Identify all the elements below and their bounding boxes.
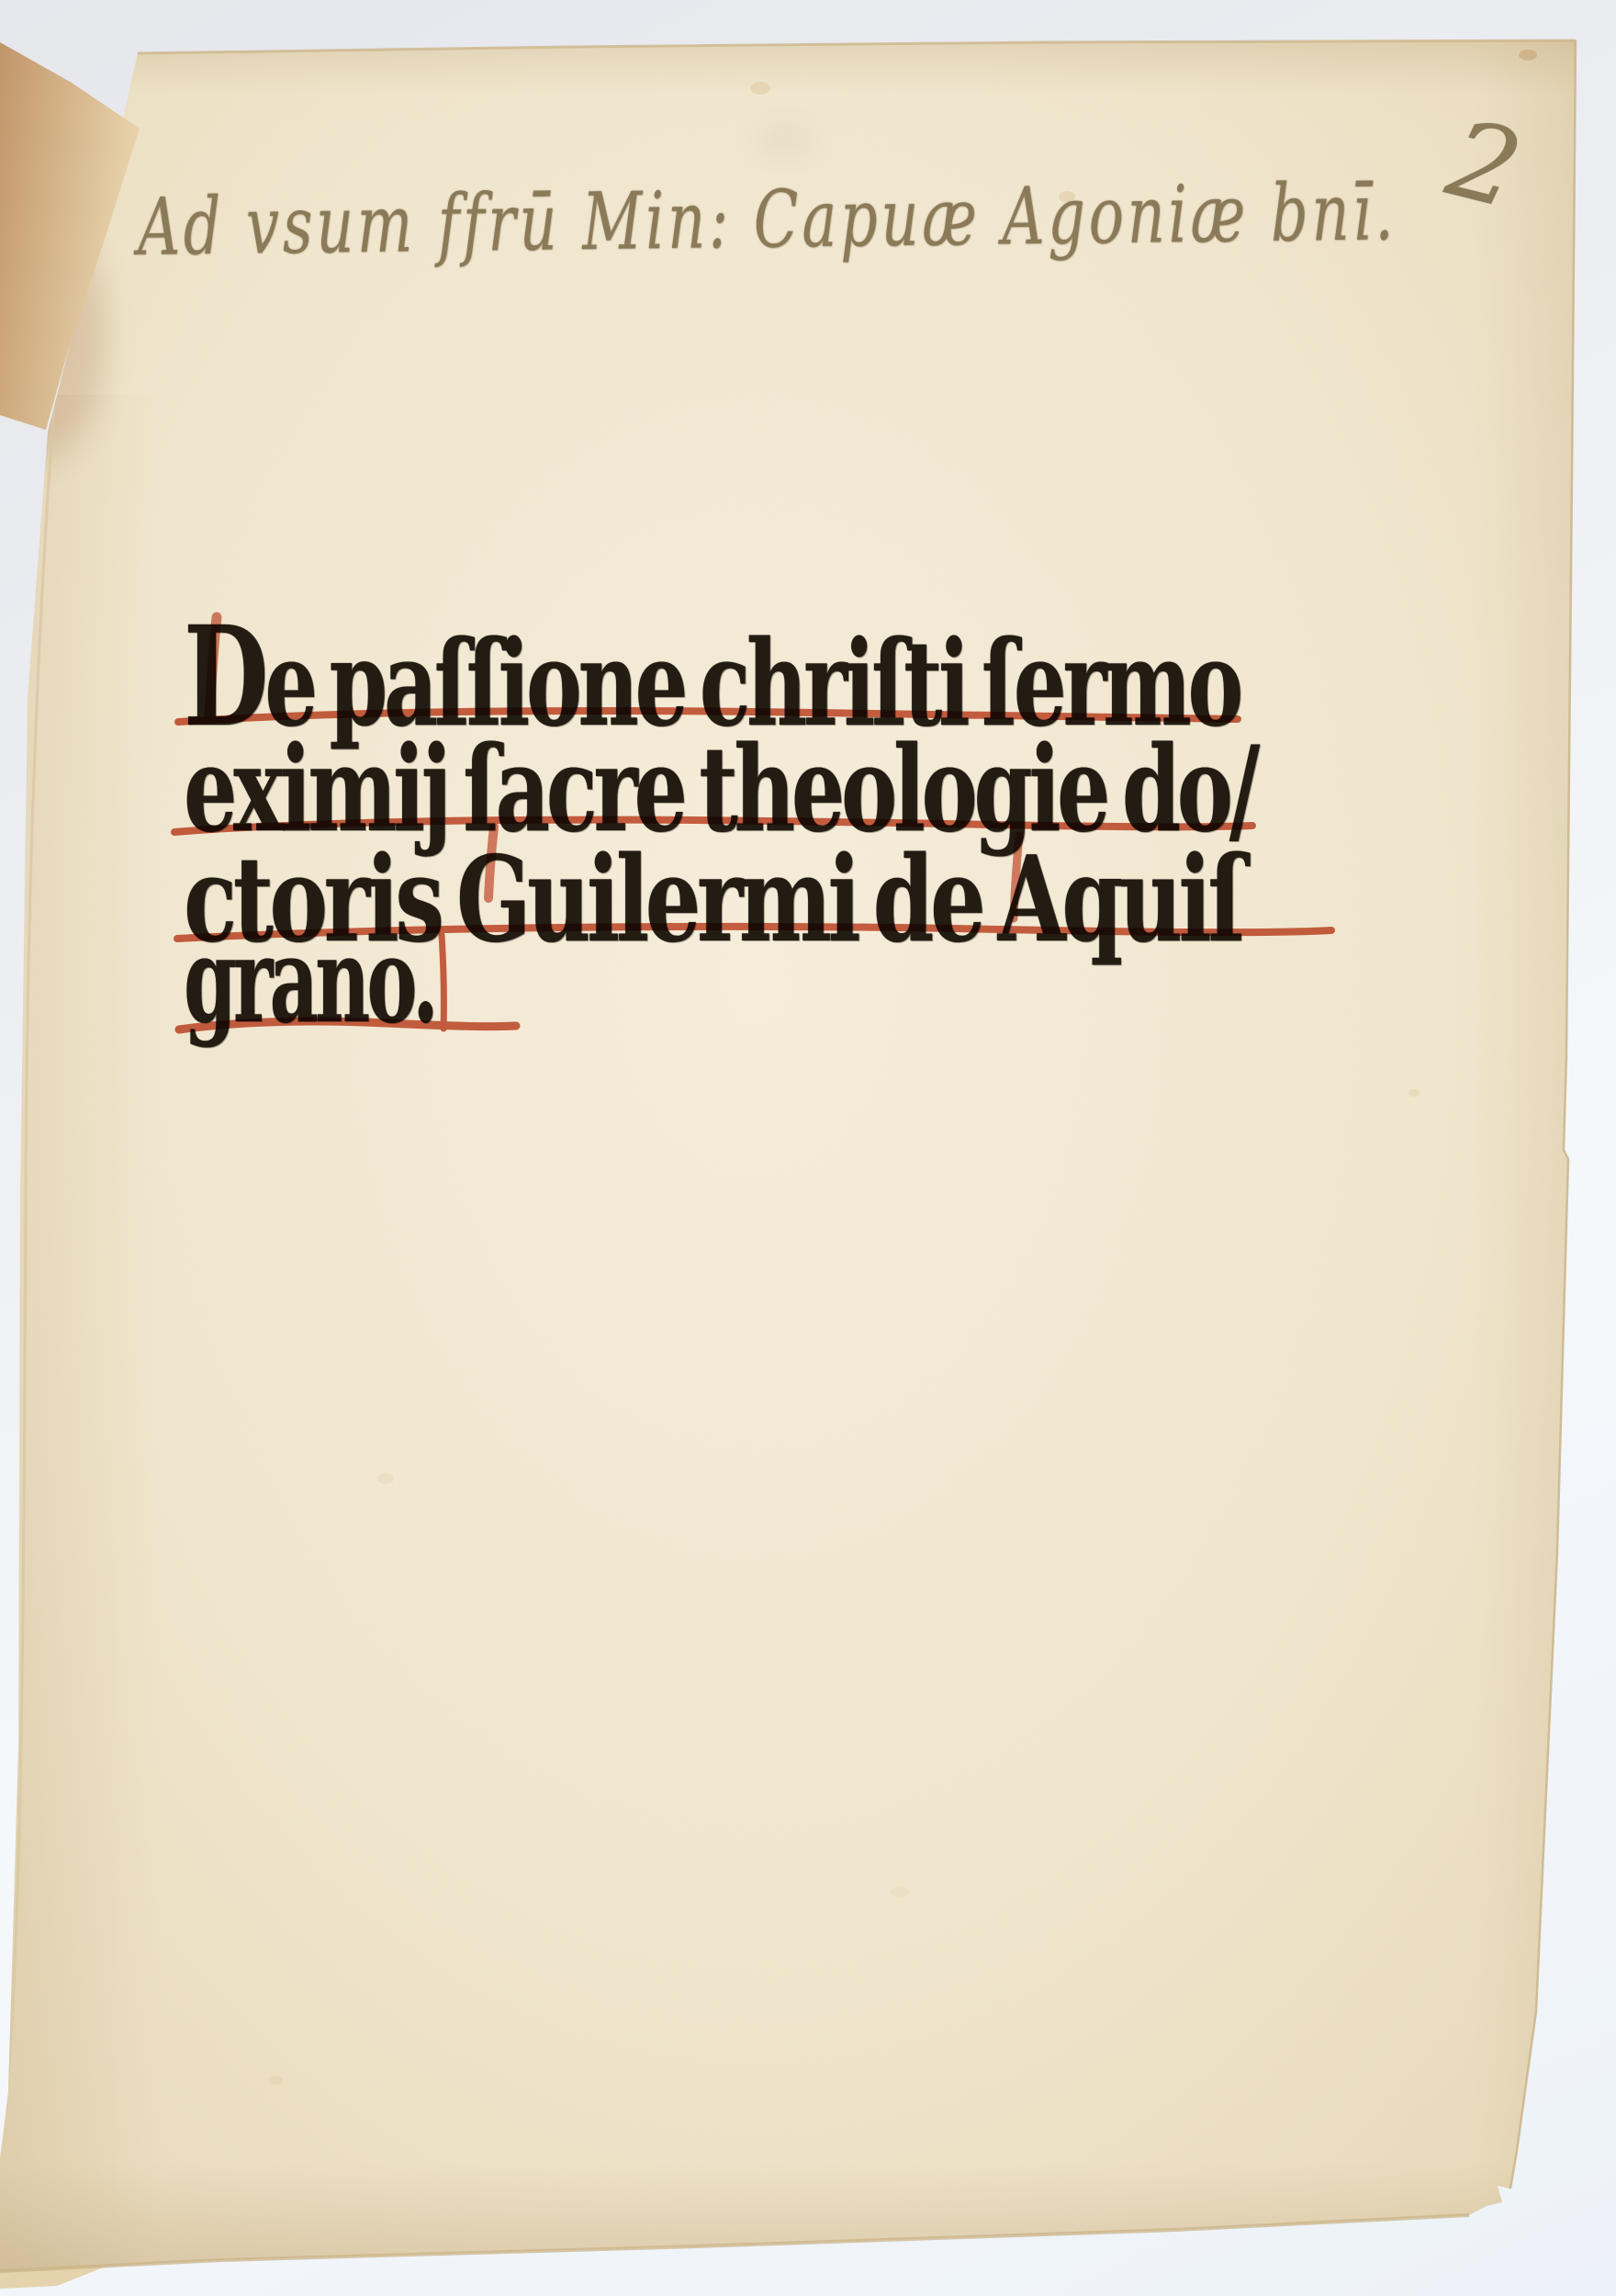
title-line-4: grano. [184,926,435,1036]
title-line-2: eximij ſacre theologie do/ [184,735,1256,845]
printed-title-block: De paſſione chriſti ſermo eximij ſacre t… [0,0,1616,2296]
photograph-of-incunable-title-page: Ad vsum ffrū Min: Capuæ Agoniæ bnī. 2 De… [0,0,1616,2296]
